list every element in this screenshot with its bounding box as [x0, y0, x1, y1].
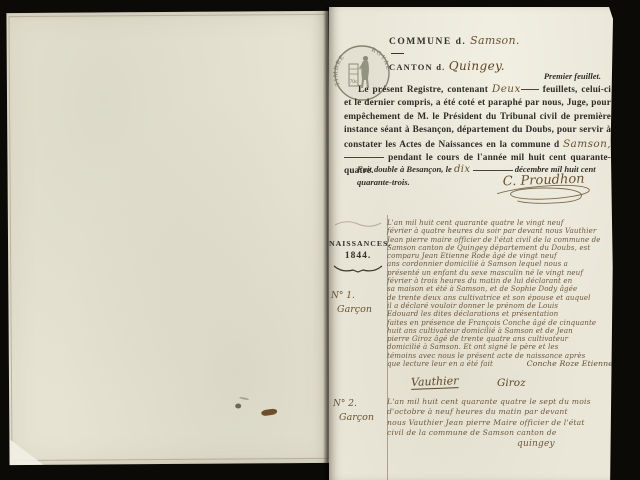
witness-signature: Giroz	[497, 377, 526, 389]
act2-lines: L'an mil huit cent quarante quatre le se…	[387, 397, 613, 439]
commune-value-handwritten: Samson.	[470, 34, 519, 47]
judge-signature-name: C. Proudhon	[503, 172, 585, 190]
birth-act-1-text: L'an mil huit cent quarante quatre le vi…	[387, 219, 613, 368]
handwritten-line: civil de la commune de Samson canton de	[387, 428, 613, 438]
right-page: TIMBRE ROYAL 70c COMMUNE d. Samson. CANT…	[329, 7, 613, 480]
ruled-blank	[473, 170, 513, 171]
preamble-text: Le présent Registre, contenant	[358, 85, 488, 95]
entry2-number: N° 2.	[333, 399, 357, 409]
ornament-squiggle	[333, 219, 383, 229]
canton-value-handwritten: Quingey.	[449, 59, 505, 73]
canton-line: CANTON d. Quingey.	[389, 59, 505, 73]
handwritten-line: d'octobre à neuf heures du matin par dev…	[387, 407, 613, 417]
commune-label: COMMUNE d.	[389, 37, 466, 47]
feuillet-count-handwritten: Deux	[492, 83, 521, 95]
ink-stain	[235, 404, 241, 409]
day-handwritten: dix	[454, 164, 470, 175]
ruled-blank	[344, 157, 384, 158]
naissances-label: NAISSANCES.	[329, 239, 387, 248]
canton-label: CANTON d.	[389, 62, 445, 72]
act1-closing-line: que lecture leur en a été fait Conche Ro…	[387, 360, 613, 368]
handwritten-line: que lecture leur en a été fait	[387, 360, 493, 368]
handwritten-line: nous Vauthier Jean pierre Maire officier…	[387, 418, 613, 428]
page-edge-line	[8, 14, 329, 461]
entry1-number: N° 1.	[331, 291, 355, 301]
scanned-register-photo: TIMBRE ROYAL 70c COMMUNE d. Samson. CANT…	[0, 0, 640, 480]
ornament-brace	[333, 263, 383, 275]
act1-signatures: Vauthier Giroz	[387, 375, 613, 395]
commune-line: COMMUNE d. Samson.	[389, 34, 520, 47]
birth-act-2-text: L'an mil huit cent quarante quatre le se…	[387, 397, 613, 449]
handwritten-line: L'an mil huit cent quarante quatre le se…	[387, 397, 613, 407]
judge-signature: C. Proudhon	[478, 171, 609, 209]
act1-lines: L'an mil huit cent quarante quatre le vi…	[387, 219, 613, 360]
divider-dash	[391, 53, 404, 54]
dateline-text: Fait double à Besançon, le	[357, 164, 452, 174]
year-label: 1844.	[329, 251, 387, 261]
witness-signature: Conche Roze Etienne	[527, 360, 613, 368]
left-page	[6, 11, 331, 465]
commune-name-handwritten: Samson,	[563, 138, 611, 150]
entry1-sex: Garçon	[337, 304, 372, 315]
mayor-signature: Vauthier	[411, 374, 459, 389]
handwritten-line: quingey	[517, 439, 613, 449]
dateline-text: quarante-trois.	[357, 177, 410, 187]
entry2-sex: Garçon	[339, 412, 374, 423]
feuillet-note: Premier feuillet.	[544, 71, 601, 81]
ruled-blank	[521, 89, 539, 90]
margin-column: NAISSANCES. 1844. N° 1. Garçon N° 2. Gar…	[329, 215, 388, 480]
